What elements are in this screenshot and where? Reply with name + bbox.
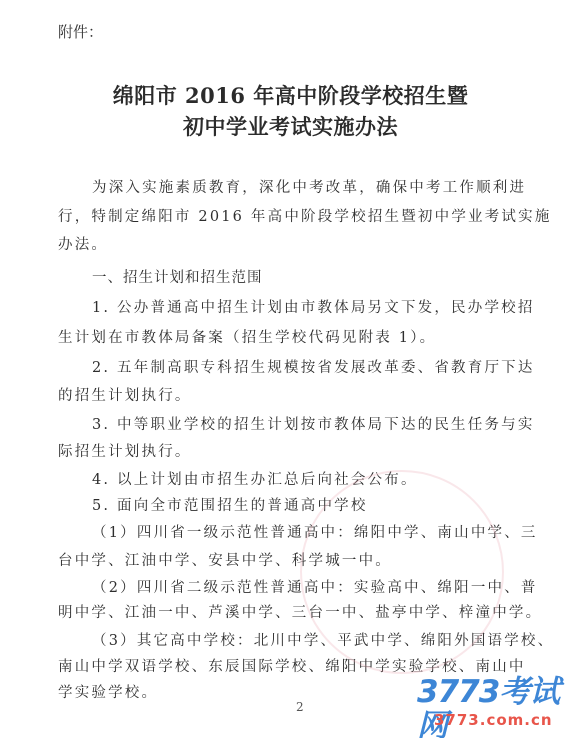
- watermark-url: 3773.com.cn: [434, 711, 553, 729]
- page-number: 2: [296, 700, 304, 714]
- item-1-line1: 1. 公办普通高中招生计划由市教体局另文下发，民办学校招: [92, 296, 528, 317]
- document-title-line2: 初中学业考试实施办法: [0, 111, 581, 141]
- paragraph-intro-line3: 办法。: [58, 233, 528, 254]
- item-3-line1: 3. 中等职业学校的招生计划按市教体局下达的民生任务与实: [92, 413, 528, 434]
- site-watermark: 3773考试网 3773.com.cn: [417, 675, 577, 735]
- item-3-line2: 际招生计划执行。: [58, 440, 528, 461]
- item-2-line1: 2. 五年制高职专科招生规模按省发展改革委、省教育厅下达: [92, 356, 528, 377]
- paragraph-intro-line1: 为深入实施素质教育，深化中考改革，确保中考工作顺利进: [92, 176, 528, 197]
- document-title-line1: 绵阳市 2016 年高中阶段学校招生暨: [0, 80, 581, 110]
- section-heading-1: 一、招生计划和招生范围: [92, 266, 528, 287]
- official-seal-stamp: [300, 470, 504, 674]
- attachment-label: 附件：: [58, 21, 103, 42]
- item-4: 4. 以上计划由市招生办汇总后向社会公布。: [92, 468, 528, 489]
- paragraph-intro-line2: 行，特制定绵阳市 2016 年高中阶段学校招生暨初中学业考试实施: [58, 205, 528, 226]
- item-1-line2: 生计划在市教体局备案（招生学校代码见附表 1）。: [58, 326, 528, 347]
- subitem-3-line2: 南山中学双语学校、东辰国际学校、绵阳中学实验学校、南山中: [58, 655, 528, 676]
- item-2-line2: 的招生计划执行。: [58, 384, 528, 405]
- document-page: 附件： 绵阳市 2016 年高中阶段学校招生暨 初中学业考试实施办法 为深入实施…: [0, 0, 581, 738]
